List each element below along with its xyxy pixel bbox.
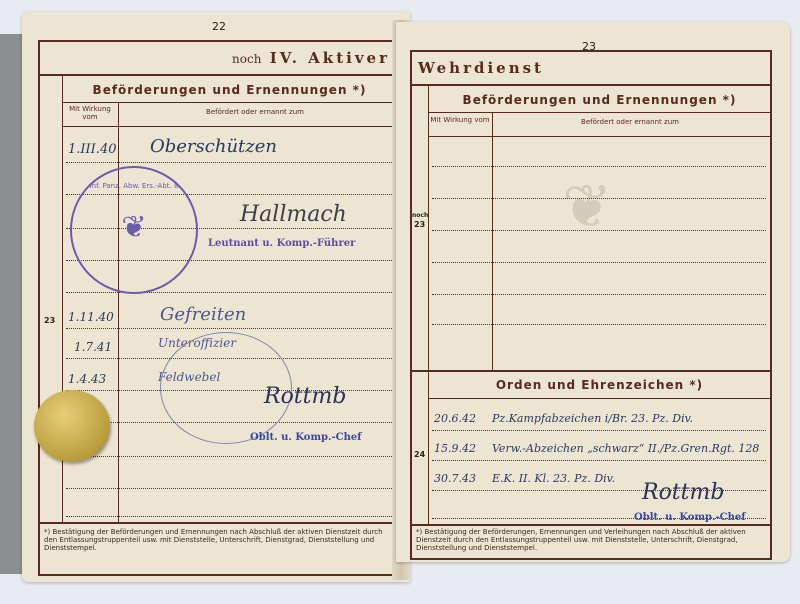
stamp-caption: Oblt. u. Komp.-Chef bbox=[250, 432, 362, 443]
ruled-line bbox=[66, 516, 392, 517]
ruled-line bbox=[66, 292, 392, 293]
entry-date: 1.11.40 bbox=[68, 310, 114, 324]
ruled-line bbox=[66, 456, 392, 457]
entry-rank: Gefreiten bbox=[160, 304, 246, 325]
footnote: *) Bestätigung der Beförderungen und Ern… bbox=[44, 528, 390, 552]
award-text: Verw.-Abzeichen „schwarz“ II./Pz.Gren.Rg… bbox=[492, 442, 759, 455]
signature: Rottmb bbox=[642, 480, 724, 505]
col-date-header: Mit Wirkung vom bbox=[430, 116, 490, 124]
header-title: IV. Aktiver bbox=[270, 49, 390, 67]
entry-date: 1.4.43 bbox=[68, 372, 106, 386]
ruled-line bbox=[432, 460, 766, 461]
section-title: Beförderungen und Ernennungen *) bbox=[429, 88, 770, 113]
award-text: Pz.Kampfabzeichen i/Br. 23. Pz. Div. bbox=[492, 412, 693, 425]
ruled-line bbox=[432, 166, 766, 167]
footnote-rule bbox=[40, 522, 396, 524]
stamp-caption: Oblt. u. Komp.-Chef bbox=[634, 512, 746, 523]
entry-rank: Oberschützen bbox=[150, 136, 277, 157]
entry-date: 1.7.41 bbox=[74, 340, 112, 354]
entry-date: 1.III.40 bbox=[68, 142, 116, 157]
page-number: 22 bbox=[212, 20, 226, 33]
header-rule bbox=[429, 136, 770, 137]
col-date-header: Mit Wirkung vom bbox=[64, 105, 116, 121]
left-frame: noch IV. Aktiver Beförderungen und Ernen… bbox=[38, 40, 398, 576]
footnote: *) Bestätigung der Beförderungen, Ernenn… bbox=[416, 528, 766, 552]
side-label: noch bbox=[412, 212, 428, 219]
side-number: 23 bbox=[44, 316, 55, 325]
right-header: Wehrdienst bbox=[412, 52, 770, 86]
left-page: 22 noch IV. Aktiver Beförderungen und Er… bbox=[22, 12, 410, 582]
right-page: 23 Wehrdienst Beförderungen und Ernennun… bbox=[396, 22, 790, 562]
stamp-caption: Leutnant u. Komp.-Führer bbox=[208, 238, 355, 249]
ruled-line bbox=[66, 328, 392, 329]
col-rank-header: Befördert oder ernannt zum bbox=[120, 108, 390, 116]
award-date: 15.9.42 bbox=[434, 442, 476, 455]
eagle-emblem-icon: ❦ bbox=[72, 210, 196, 245]
signature: Rottmb bbox=[264, 384, 346, 409]
awards-title: Orden und Ehrenzeichen *) bbox=[429, 372, 770, 399]
header-rule bbox=[63, 126, 396, 127]
ruled-line bbox=[66, 488, 392, 489]
ruled-line bbox=[66, 162, 392, 163]
col-divider bbox=[118, 102, 119, 522]
header-prefix: noch bbox=[232, 52, 261, 66]
signature: Hallmach bbox=[240, 202, 347, 227]
stamp-ring-text: Inf. Panz. Abw. Ers.-Abt. 8 bbox=[72, 182, 196, 190]
margin-line bbox=[428, 86, 429, 524]
ruled-line bbox=[432, 262, 766, 263]
coin-object bbox=[34, 390, 110, 462]
section-title: Beförderungen und Ernennungen *) bbox=[63, 78, 396, 103]
awards-side-number: 24 bbox=[414, 450, 425, 459]
footnote-rule bbox=[412, 524, 770, 526]
left-header: noch IV. Aktiver bbox=[40, 42, 396, 76]
award-date: 20.6.42 bbox=[434, 412, 476, 425]
award-text: E.K. II. Kl. 23. Pz. Div. bbox=[492, 472, 615, 485]
side-number: 23 bbox=[414, 220, 425, 229]
col-divider bbox=[492, 112, 493, 370]
unit-stamp: Inf. Panz. Abw. Ers.-Abt. 8 ❦ bbox=[70, 166, 198, 294]
watermark-eagle-icon: ❦ bbox=[562, 172, 612, 242]
col-rank-header: Befördert oder ernannt zum bbox=[496, 118, 764, 126]
ruled-line bbox=[432, 324, 766, 325]
award-date: 30.7.43 bbox=[434, 472, 476, 485]
right-frame: Wehrdienst Beförderungen und Ernennungen… bbox=[410, 50, 772, 560]
header-title: Wehrdienst bbox=[418, 59, 544, 77]
ruled-line bbox=[432, 294, 766, 295]
ruled-line bbox=[432, 430, 766, 431]
